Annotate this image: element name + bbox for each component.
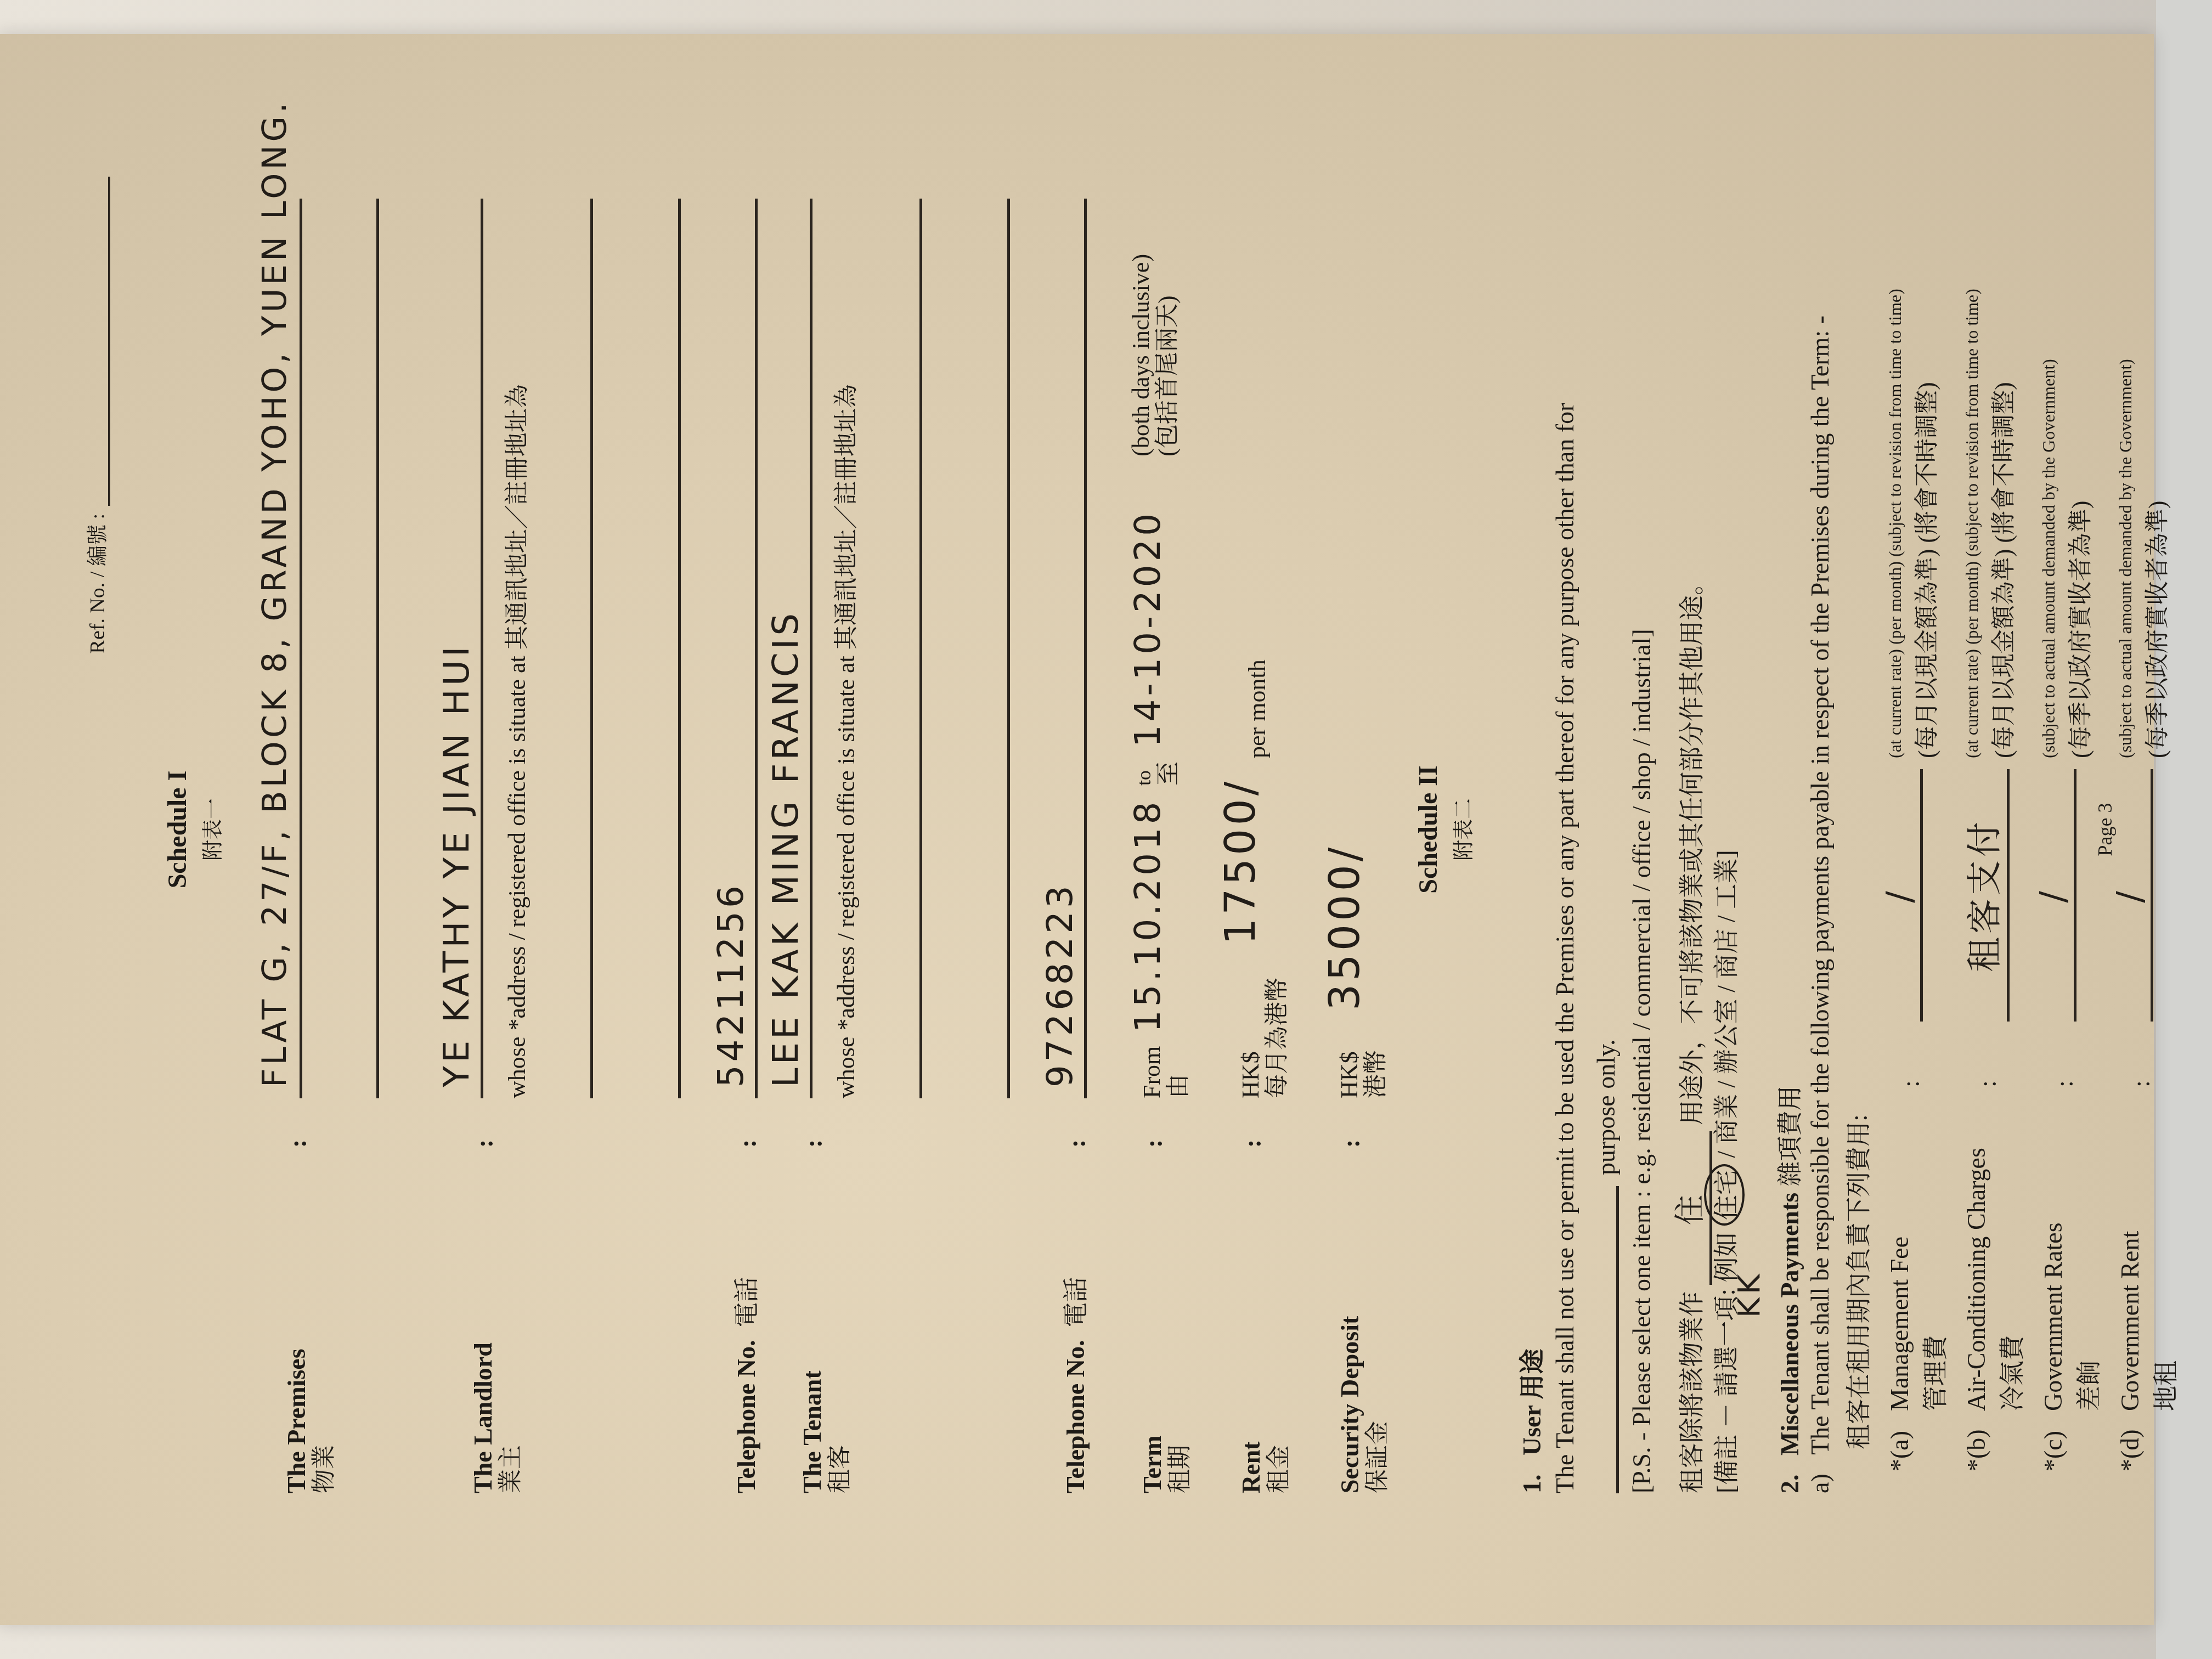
user-heading: 1. User 用途 — [1512, 1348, 1548, 1493]
landlord-phone-label: Telephone No. 電話 — [733, 1277, 761, 1493]
landlord-label: The Landlord業主 — [470, 1342, 524, 1493]
schedule-1-title: Schedule I — [162, 34, 193, 1625]
page-number: Page 3 — [2093, 34, 2117, 1625]
landlord-line — [481, 199, 483, 1098]
colon: : — [1336, 1139, 1365, 1148]
schedule-2-subtitle: 附表二 — [1446, 34, 1476, 1625]
purpose-suffix: purpose only. — [1592, 1040, 1621, 1175]
initials-signature: KK — [1731, 1271, 1767, 1318]
misc-heading: 2. Miscellaneous Payments 雜項費用 — [1770, 1085, 1806, 1493]
premises-line-1 — [300, 199, 302, 1098]
deposit-currency: HK$港幣 — [1336, 1050, 1390, 1098]
misc-intro: a) The Tenant shall be responsible for t… — [1805, 315, 1835, 1493]
deposit-label: Security Deposit保証金 — [1336, 1316, 1391, 1493]
ref-input-line[interactable] — [87, 177, 110, 506]
schedule-2-title: Schedule II — [1413, 34, 1443, 1625]
air-conditioning-value[interactable]: 租客支付 — [1956, 769, 2010, 1022]
premises-label: The Premises物業 — [283, 1348, 337, 1493]
circled-residential[interactable]: 住宅 — [1704, 1164, 1745, 1226]
tenant-phone-line — [1084, 199, 1087, 1098]
rent-currency: HK$每月為港幣 — [1238, 978, 1291, 1098]
deposit-value[interactable]: 35000/ — [1320, 844, 1369, 1011]
term-note: (both days inclusive)(包括首尾兩天) — [1128, 254, 1181, 456]
tenant-address-line-1 — [919, 199, 922, 1098]
payment-items: *(a) Management Fee 管理費 : / (at current … — [1885, 155, 2192, 1471]
colon: : — [1238, 1139, 1267, 1148]
tenant-name-value[interactable]: LEE KAK MING FRANCIS — [766, 610, 806, 1087]
landlord-address-line-1 — [590, 199, 593, 1098]
zh-note-line: [備註 － 請選一項: 例如 住宅 / 商業 / 辦公室 / 商店 / 工業] — [1704, 850, 1745, 1493]
premises-value[interactable]: FLAT G, 27/F, BLOCK 8, GRAND YOHO, YUEN … — [256, 99, 294, 1087]
rent-value[interactable]: 17500/ — [1216, 778, 1265, 945]
government-rates-value[interactable]: / — [2033, 769, 2076, 1022]
ps-line: [P.S. - Please select one item : e.g. re… — [1627, 629, 1656, 1493]
term-to-value[interactable]: 14-10-2020 — [1128, 510, 1169, 747]
tenant-phone-value[interactable]: 97268223 — [1040, 882, 1081, 1087]
tenant-label: The Tenant租客 — [799, 1370, 853, 1493]
colon: : — [733, 1139, 762, 1148]
landlord-phone-value[interactable]: 54211256 — [711, 882, 752, 1087]
premises-line-2 — [376, 199, 379, 1098]
tenant-address-line-2 — [1007, 199, 1010, 1098]
landlord-name-value[interactable]: YE KATHY YE JIAN HUI — [437, 643, 477, 1087]
colon: : — [1062, 1139, 1091, 1148]
term-from-label: From由 — [1139, 1046, 1192, 1098]
colon: : — [1139, 1139, 1168, 1148]
rent-per-month: per month — [1243, 659, 1271, 758]
purpose-line — [1616, 1186, 1619, 1493]
user-clause: The Tenant shall not use or permit to be… — [1550, 403, 1579, 1493]
schedule-1-subtitle: 附表一 — [195, 34, 225, 1625]
tenant-phone-label: Telephone No. 電話 — [1062, 1277, 1090, 1493]
tenancy-agreement-page: Ref. No. / 編號 : Schedule I 附表一 The Premi… — [0, 34, 2154, 1625]
rent-label: Rent租金 — [1238, 1441, 1292, 1493]
term-label: Term租期 — [1139, 1435, 1193, 1493]
landlord-address-note: whose *address / registered office is si… — [497, 384, 532, 1098]
management-fee-value[interactable]: / — [1880, 769, 1923, 1022]
tenant-line — [810, 199, 812, 1098]
tenant-address-note: whose *address / registered office is si… — [826, 384, 861, 1098]
term-to-label: to至 — [1133, 761, 1182, 786]
payment-item-government-rent: *(d) Government Rent 地租 : / (subject to … — [2115, 155, 2192, 1471]
colon: : — [799, 1139, 828, 1148]
landlord-address-line-2 — [678, 199, 681, 1098]
colon: : — [283, 1139, 312, 1148]
misc-intro-zh: 租客在租用期內負責下列費用: — [1838, 1114, 1875, 1449]
ref-number: Ref. No. / 編號 : — [80, 177, 110, 653]
landlord-phone-line — [755, 199, 758, 1098]
term-from-value[interactable]: 15.10.2018 — [1128, 799, 1169, 1032]
payment-item-air-conditioning: *(b) Air-Conditioning Charges 冷氣費 : 租客支付… — [1962, 155, 2039, 1471]
payment-item-management-fee: *(a) Management Fee 管理費 : / (at current … — [1885, 155, 1962, 1471]
ref-label: Ref. No. / 編號 : — [80, 513, 110, 653]
colon: : — [470, 1139, 499, 1148]
